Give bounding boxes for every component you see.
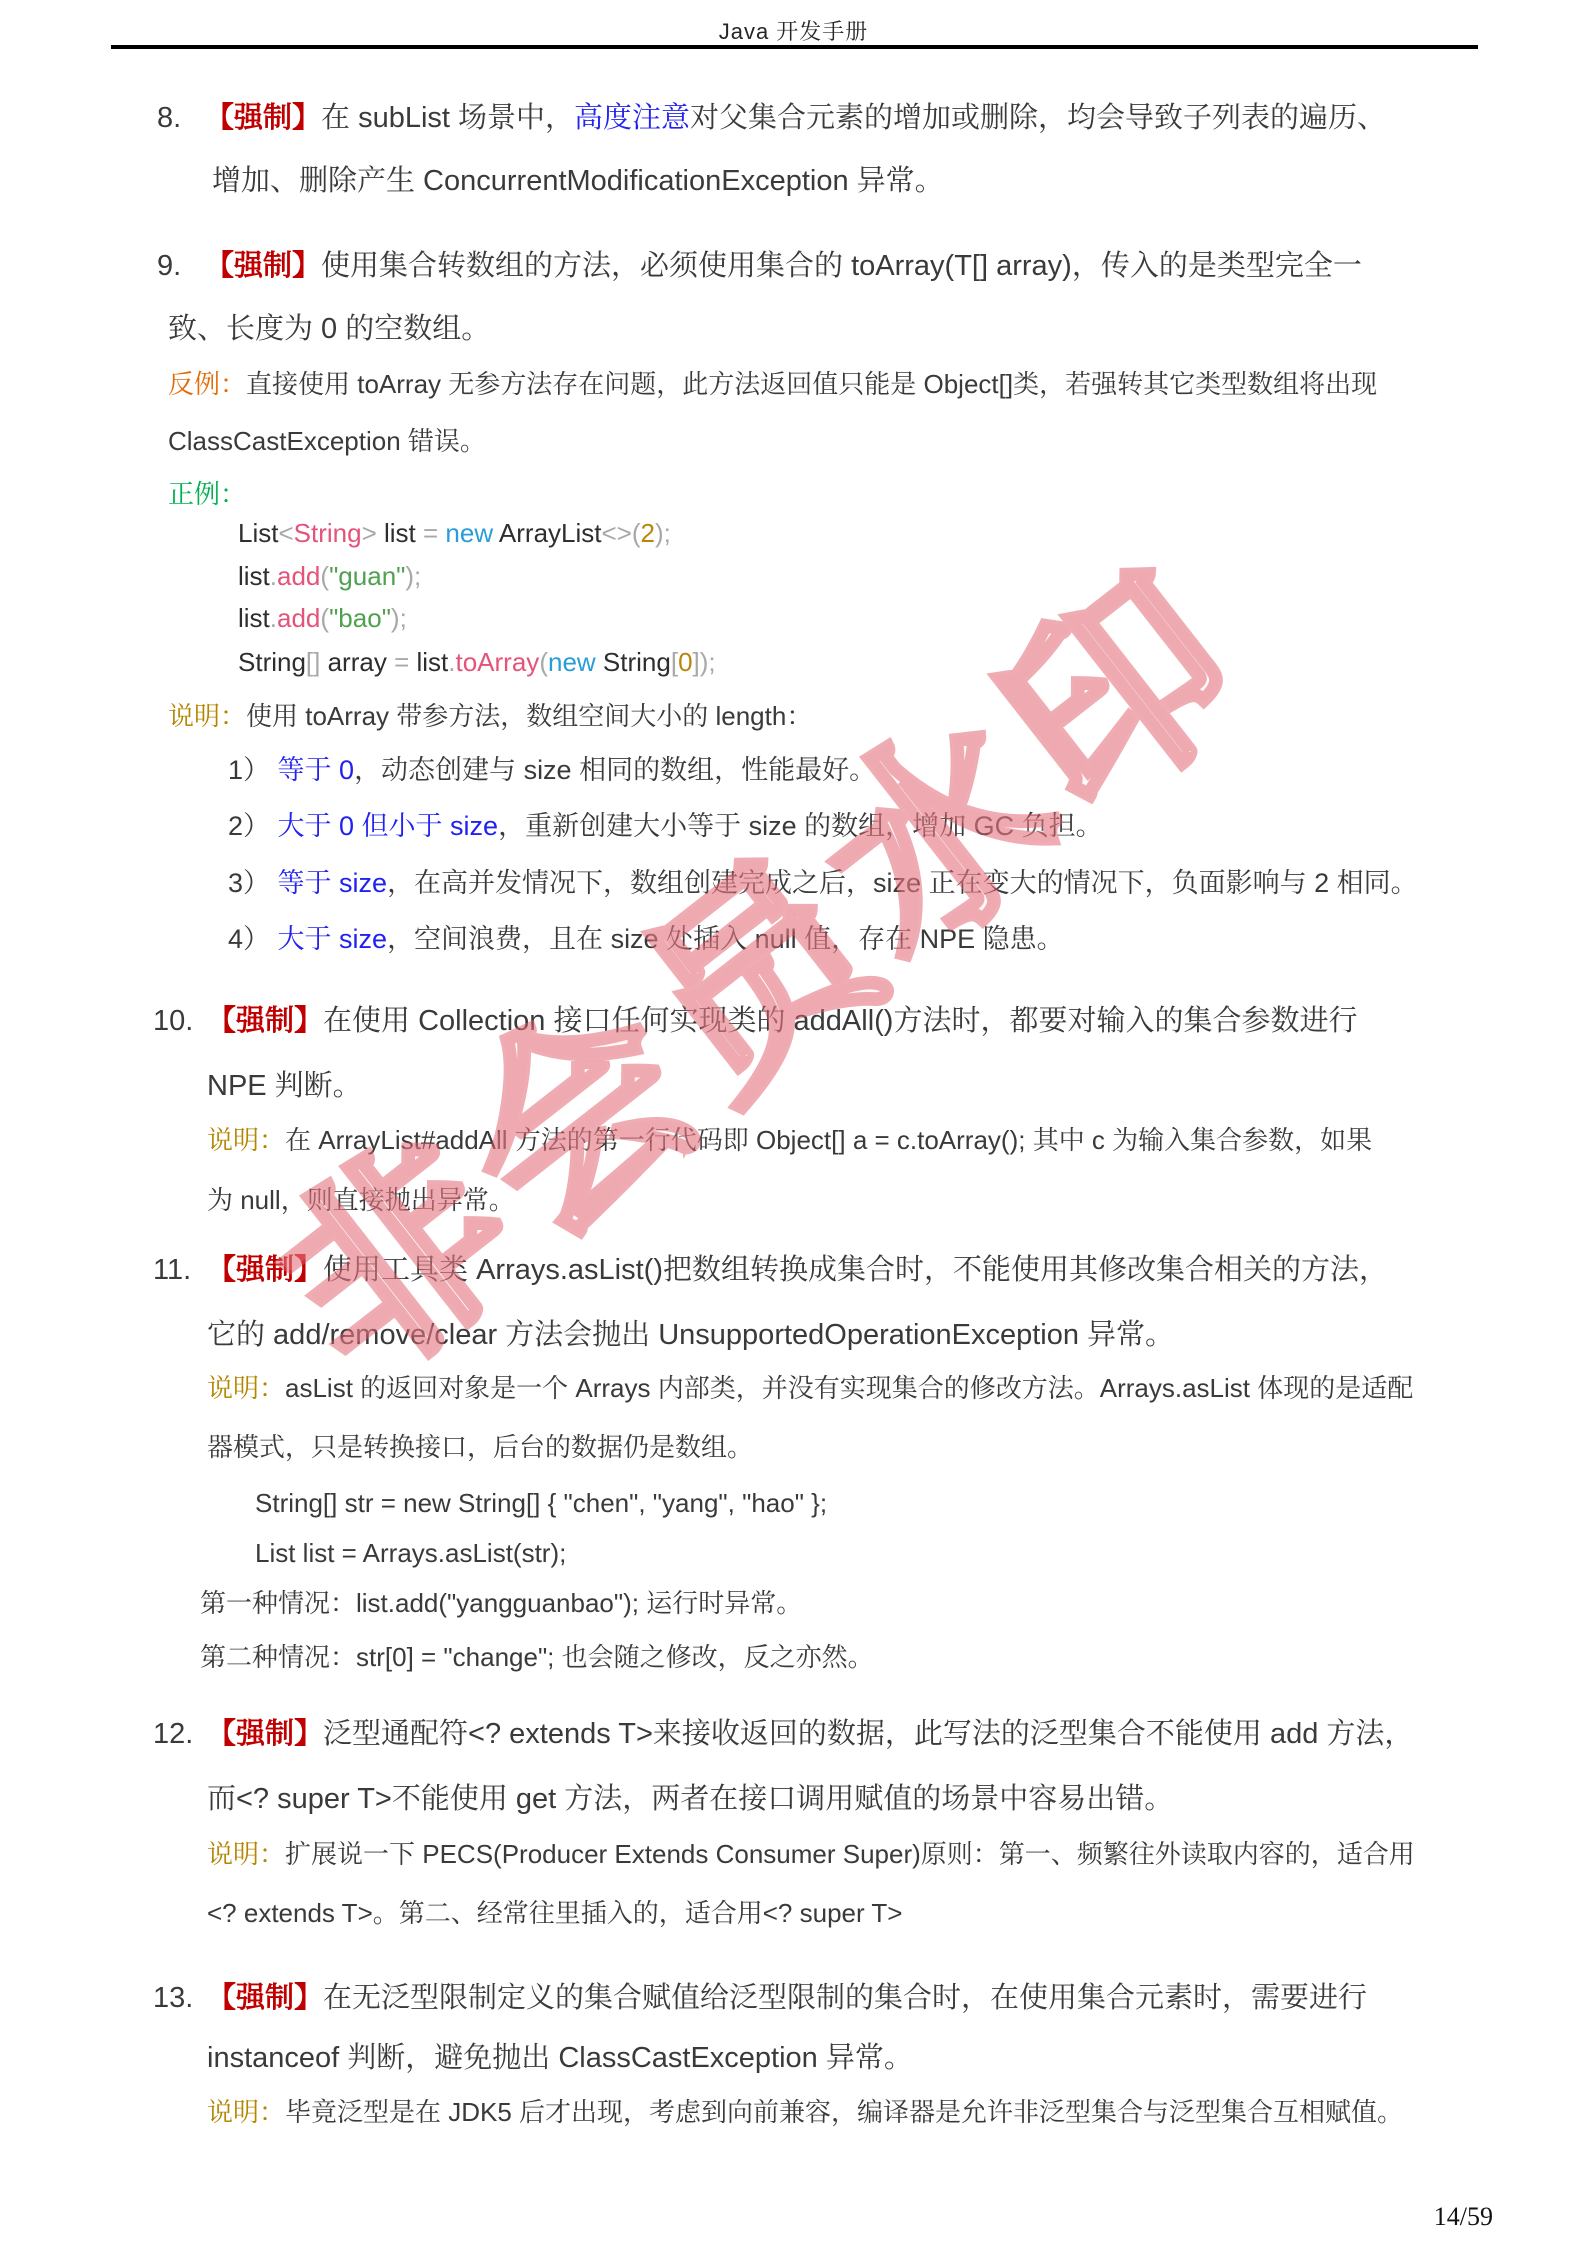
text-segment: ); xyxy=(655,518,671,548)
item-13-note-line: 说明：毕竟泛型是在 JDK5 后才出现，考虑到向前兼容，编译器是允许非泛型集合与… xyxy=(207,2096,1403,2130)
text-segment: NPE 判断。 xyxy=(207,1070,362,1102)
code-line: List<String> list = new ArrayList<>(2); xyxy=(238,517,671,551)
item-9-positive-label: 正例： xyxy=(168,478,246,512)
item-11-line-2: 它的 add/remove/clear 方法会抛出 UnsupportedOpe… xyxy=(207,1317,1174,1355)
text-segment: ClassCastException 错误。 xyxy=(168,426,486,456)
code-line: list.add("guan"); xyxy=(238,560,421,594)
text-segment: 而<? super T>不能使用 get 方法，两者在接口调用赋值的场景中容易出… xyxy=(207,1783,1173,1815)
text-segment: [ xyxy=(671,647,678,677)
note-label: 说明： xyxy=(207,1373,285,1403)
note-label: 说明： xyxy=(207,1839,285,1869)
item-11-note-line-1: 说明：asList 的返回对象是一个 Arrays 内部类，并没有实现集合的修改… xyxy=(207,1372,1413,1406)
highlight-blue: 等于 0 xyxy=(278,755,355,785)
text-segment: > xyxy=(362,518,377,548)
text-segment: ，在高并发情况下，数组创建完成之后，size 正在变大的情况下，负面影响与 2 … xyxy=(387,868,1418,898)
item-13-line-1: 【强制】在无泛型限制定义的集合赋值给泛型限制的集合时，在使用集合元素时，需要进行 xyxy=(207,1980,1367,2018)
document-page: Java 开发手册 8.【强制】在 subList 场景中，高度注意对父集合元素… xyxy=(0,0,1587,2245)
text-segment: < xyxy=(278,518,293,548)
item-9-counterexample-line-1: 反例：直接使用 toArray 无参方法存在问题，此方法返回值只能是 Objec… xyxy=(168,368,1377,402)
text-segment: "bao" xyxy=(329,603,391,633)
item-9-counterexample-line-2: ClassCastException 错误。 xyxy=(168,425,486,459)
text-segment: list xyxy=(238,603,270,633)
text-segment: ArrayList xyxy=(493,518,601,548)
text-segment: [] xyxy=(306,647,320,677)
text-segment: 扩展说一下 PECS(Producer Extends Consumer Sup… xyxy=(285,1839,1415,1869)
code-line: List list = Arrays.asList(str); xyxy=(255,1537,566,1571)
text-segment: ( xyxy=(320,603,329,633)
text-segment: 器模式，只是转换接口，后台的数据仍是数组。 xyxy=(207,1432,753,1462)
header-divider xyxy=(111,45,1478,49)
text-segment: 在使用 Collection 接口任何实现类的 addAll()方法时，都要对输… xyxy=(323,1005,1357,1037)
highlight-blue: 大于 size xyxy=(278,924,388,954)
item-10-line-1: 【强制】在使用 Collection 接口任何实现类的 addAll()方法时，… xyxy=(207,1003,1357,1041)
text-segment: 3） xyxy=(228,868,278,898)
text-segment: . xyxy=(270,561,277,591)
item-10-line-2: NPE 判断。 xyxy=(207,1068,362,1106)
text-segment: ); xyxy=(391,603,407,633)
item-8-number: 8. xyxy=(157,100,181,138)
item-10-note-line-1: 说明：在 ArrayList#addAll 方法的第一行代码即 Object[]… xyxy=(207,1124,1372,1158)
text-segment: ，重新创建大小等于 size 的数组，增加 GC 负担。 xyxy=(498,811,1103,841)
item-9-sub-4: 4） 大于 size，空间浪费，且在 size 处插入 null 值，存在 NP… xyxy=(228,922,1064,957)
mandatory-tag: 【强制】 xyxy=(207,1005,323,1037)
item-9-line-1: 【强制】使用集合转数组的方法，必须使用集合的 toArray(T[] array… xyxy=(205,248,1362,286)
text-segment: 12. xyxy=(153,1718,193,1750)
text-segment: 泛型通配符<? extends T>来接收返回的数据，此写法的泛型集合不能使用 … xyxy=(323,1718,1413,1750)
text-segment: 直接使用 toArray 无参方法存在问题，此方法返回值只能是 Object[]… xyxy=(246,369,1377,399)
item-8-line-1: 【强制】在 subList 场景中，高度注意对父集合元素的增加或删除，均会导致子… xyxy=(205,100,1386,138)
mandatory-tag: 【强制】 xyxy=(207,1982,323,2014)
item-10-number: 10. xyxy=(153,1003,193,1041)
text-segment: 使用工具类 Arrays.asList()把数组转换成集合时，不能使用其修改集合… xyxy=(323,1254,1388,1286)
text-segment: toArray xyxy=(456,647,540,677)
page-number: 14/59 xyxy=(1434,2202,1493,2232)
text-segment: instanceof 判断，避免抛出 ClassCastException 异常… xyxy=(207,2042,913,2074)
highlight-blue: 高度注意 xyxy=(574,102,690,134)
text-segment: new xyxy=(445,518,493,548)
text-segment: String xyxy=(238,647,306,677)
item-11-case-2: 第二种情况：str[0] = "change"; 也会随之修改，反之亦然。 xyxy=(200,1641,874,1675)
text-segment: <? extends T>。第二、经常往里插入的，适合用<? super T> xyxy=(207,1898,902,1928)
item-10-note-line-2: 为 null，则直接抛出异常。 xyxy=(207,1184,515,1218)
item-9-number: 9. xyxy=(157,248,181,286)
note-label: 说明： xyxy=(168,701,246,731)
text-segment: <>( xyxy=(602,518,641,548)
item-12-number: 12. xyxy=(153,1716,193,1754)
text-segment: 4） xyxy=(228,924,278,954)
text-segment: ，动态创建与 size 相同的数组，性能最好。 xyxy=(354,755,876,785)
text-segment: = xyxy=(394,647,416,677)
text-segment: 在 ArrayList#addAll 方法的第一行代码即 Object[] a … xyxy=(285,1125,1372,1155)
item-12-note-line-2: <? extends T>。第二、经常往里插入的，适合用<? super T> xyxy=(207,1897,902,1931)
text-segment: 为 null，则直接抛出异常。 xyxy=(207,1185,515,1215)
text-segment: 致、长度为 0 的空数组。 xyxy=(168,313,490,345)
text-segment: 在 subList 场景中， xyxy=(321,102,574,134)
text-segment: 增加、删除产生 ConcurrentModificationException … xyxy=(212,165,944,197)
text-segment: List xyxy=(238,518,278,548)
text-segment: 使用集合转数组的方法，必须使用集合的 toArray(T[] array)，传入… xyxy=(321,250,1362,282)
text-segment: ( xyxy=(320,561,329,591)
item-11-note-line-2: 器模式，只是转换接口，后台的数据仍是数组。 xyxy=(207,1431,753,1465)
item-9-note-line: 说明：使用 toArray 带参方法，数组空间大小的 length： xyxy=(168,700,812,734)
text-segment: 1） xyxy=(228,755,278,785)
text-segment: list xyxy=(377,518,423,548)
item-12-note-line-1: 说明：扩展说一下 PECS(Producer Extends Consumer … xyxy=(207,1838,1415,1872)
text-segment: 第一种情况：list.add("yangguanbao"); 运行时异常。 xyxy=(200,1588,802,1618)
text-segment: 2） xyxy=(228,811,278,841)
text-segment: array xyxy=(320,647,394,677)
positive-example-label: 正例： xyxy=(168,479,246,509)
text-segment: 第二种情况：str[0] = "change"; 也会随之修改，反之亦然。 xyxy=(200,1642,874,1672)
text-segment: 使用 toArray 带参方法，数组空间大小的 length： xyxy=(246,701,812,731)
mandatory-tag: 【强制】 xyxy=(207,1254,323,1286)
item-12-line-1: 【强制】泛型通配符<? extends T>来接收返回的数据，此写法的泛型集合不… xyxy=(207,1716,1413,1754)
text-segment: 2 xyxy=(641,518,655,548)
mandatory-tag: 【强制】 xyxy=(207,1718,323,1750)
text-segment: list xyxy=(238,561,270,591)
text-segment: 0 xyxy=(678,647,692,677)
text-segment: 9. xyxy=(157,250,181,282)
note-label: 说明： xyxy=(207,2097,285,2127)
item-11-case-1: 第一种情况：list.add("yangguanbao"); 运行时异常。 xyxy=(200,1587,802,1621)
text-segment: add xyxy=(277,561,320,591)
text-segment: 在无泛型限制定义的集合赋值给泛型限制的集合时，在使用集合元素时，需要进行 xyxy=(323,1982,1367,2014)
highlight-blue: 大于 0 但小于 size xyxy=(278,811,499,841)
highlight-blue: 等于 size xyxy=(278,868,388,898)
text-segment: add xyxy=(277,603,320,633)
code-line: list.add("bao"); xyxy=(238,602,407,636)
note-label: 说明： xyxy=(207,1125,285,1155)
code-line: String[] str = new String[] { "chen", "y… xyxy=(255,1487,827,1521)
text-segment: 它的 add/remove/clear 方法会抛出 UnsupportedOpe… xyxy=(207,1319,1174,1351)
text-segment: ( xyxy=(539,647,548,677)
item-13-number: 13. xyxy=(153,1980,193,2018)
text-segment: . xyxy=(270,603,277,633)
page-header-title: Java 开发手册 xyxy=(0,15,1587,46)
item-11-number: 11. xyxy=(153,1252,191,1290)
item-9-sub-2: 2） 大于 0 但小于 size，重新创建大小等于 size 的数组，增加 GC… xyxy=(228,809,1103,844)
item-12-line-2: 而<? super T>不能使用 get 方法，两者在接口调用赋值的场景中容易出… xyxy=(207,1781,1173,1819)
text-segment: 对父集合元素的增加或删除，均会导致子列表的遍历、 xyxy=(690,102,1386,134)
text-segment: String xyxy=(294,518,362,548)
text-segment: new xyxy=(548,647,596,677)
text-segment: asList 的返回对象是一个 Arrays 内部类，并没有实现集合的修改方法。… xyxy=(285,1373,1413,1403)
counterexample-label: 反例： xyxy=(168,369,246,399)
item-11-line-1: 【强制】使用工具类 Arrays.asList()把数组转换成集合时，不能使用其… xyxy=(207,1252,1388,1290)
text-segment: 10. xyxy=(153,1005,193,1037)
text-segment: 11. xyxy=(153,1254,191,1286)
item-13-line-2: instanceof 判断，避免抛出 ClassCastException 异常… xyxy=(207,2040,913,2078)
text-segment: list xyxy=(416,647,448,677)
text-segment: List list = Arrays.asList(str); xyxy=(255,1538,566,1568)
text-segment: 8. xyxy=(157,102,181,134)
text-segment: = xyxy=(423,518,445,548)
mandatory-tag: 【强制】 xyxy=(205,250,321,282)
item-9-line-2: 致、长度为 0 的空数组。 xyxy=(168,311,490,349)
text-segment: 毕竟泛型是在 JDK5 后才出现，考虑到向前兼容，编译器是允许非泛型集合与泛型集… xyxy=(285,2097,1403,2127)
text-segment: String xyxy=(596,647,671,677)
code-line: String[] array = list.toArray(new String… xyxy=(238,646,716,680)
item-8-line-2: 增加、删除产生 ConcurrentModificationException … xyxy=(212,163,944,201)
text-segment: . xyxy=(448,647,455,677)
text-segment: 13. xyxy=(153,1982,193,2014)
text-segment: ]); xyxy=(693,647,716,677)
mandatory-tag: 【强制】 xyxy=(205,102,321,134)
text-segment: String[] str = new String[] { "chen", "y… xyxy=(255,1488,827,1518)
text-segment: "guan" xyxy=(329,561,405,591)
text-segment: ); xyxy=(405,561,421,591)
text-segment: ，空间浪费，且在 size 处插入 null 值，存在 NPE 隐患。 xyxy=(387,924,1064,954)
item-9-sub-3: 3） 等于 size，在高并发情况下，数组创建完成之后，size 正在变大的情况… xyxy=(228,866,1418,901)
item-9-sub-1: 1） 等于 0，动态创建与 size 相同的数组，性能最好。 xyxy=(228,753,876,788)
